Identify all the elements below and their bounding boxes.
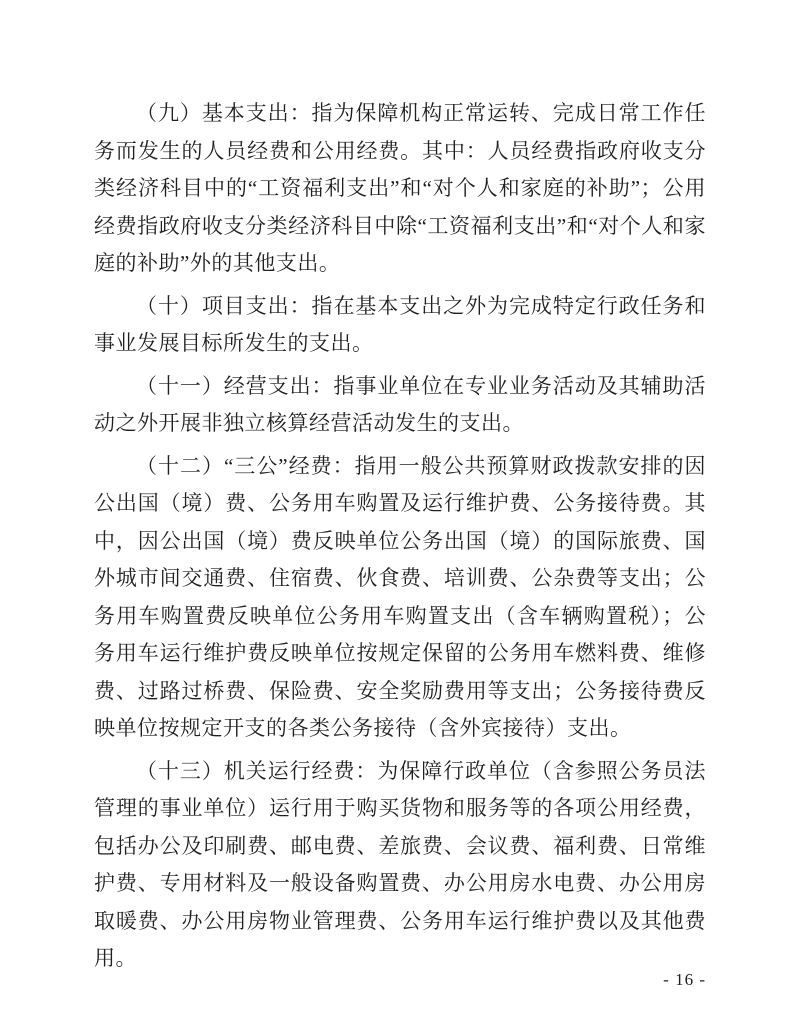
page-number: - 16 - xyxy=(663,970,706,990)
para-agency-operating-costs: （十三）机关运行经费：为保障行政单位（含参照公务员法管理的事业单位）运行用于购买… xyxy=(94,753,706,978)
document-body: （九）基本支出：指为保障机构正常运转、完成日常工作任务而发生的人员经费和公用经费… xyxy=(94,95,706,978)
document-page: （九）基本支出：指为保障机构正常运转、完成日常工作任务而发生的人员经费和公用经费… xyxy=(0,0,800,1035)
para-basic-expenditure: （九）基本支出：指为保障机构正常运转、完成日常工作任务而发生的人员经费和公用经费… xyxy=(94,95,706,283)
para-operating-expenditure: （十一）经营支出：指事业单位在专业业务活动及其辅助活动之外开展非独立核算经营活动… xyxy=(94,368,706,443)
para-three-public-funds: （十二）“三公”经费：指用一般公共预算财政拨款安排的因公出国（境）费、公务用车购… xyxy=(94,448,706,748)
para-project-expenditure: （十）项目支出：指在基本支出之外为完成特定行政任务和事业发展目标所发生的支出。 xyxy=(94,288,706,363)
